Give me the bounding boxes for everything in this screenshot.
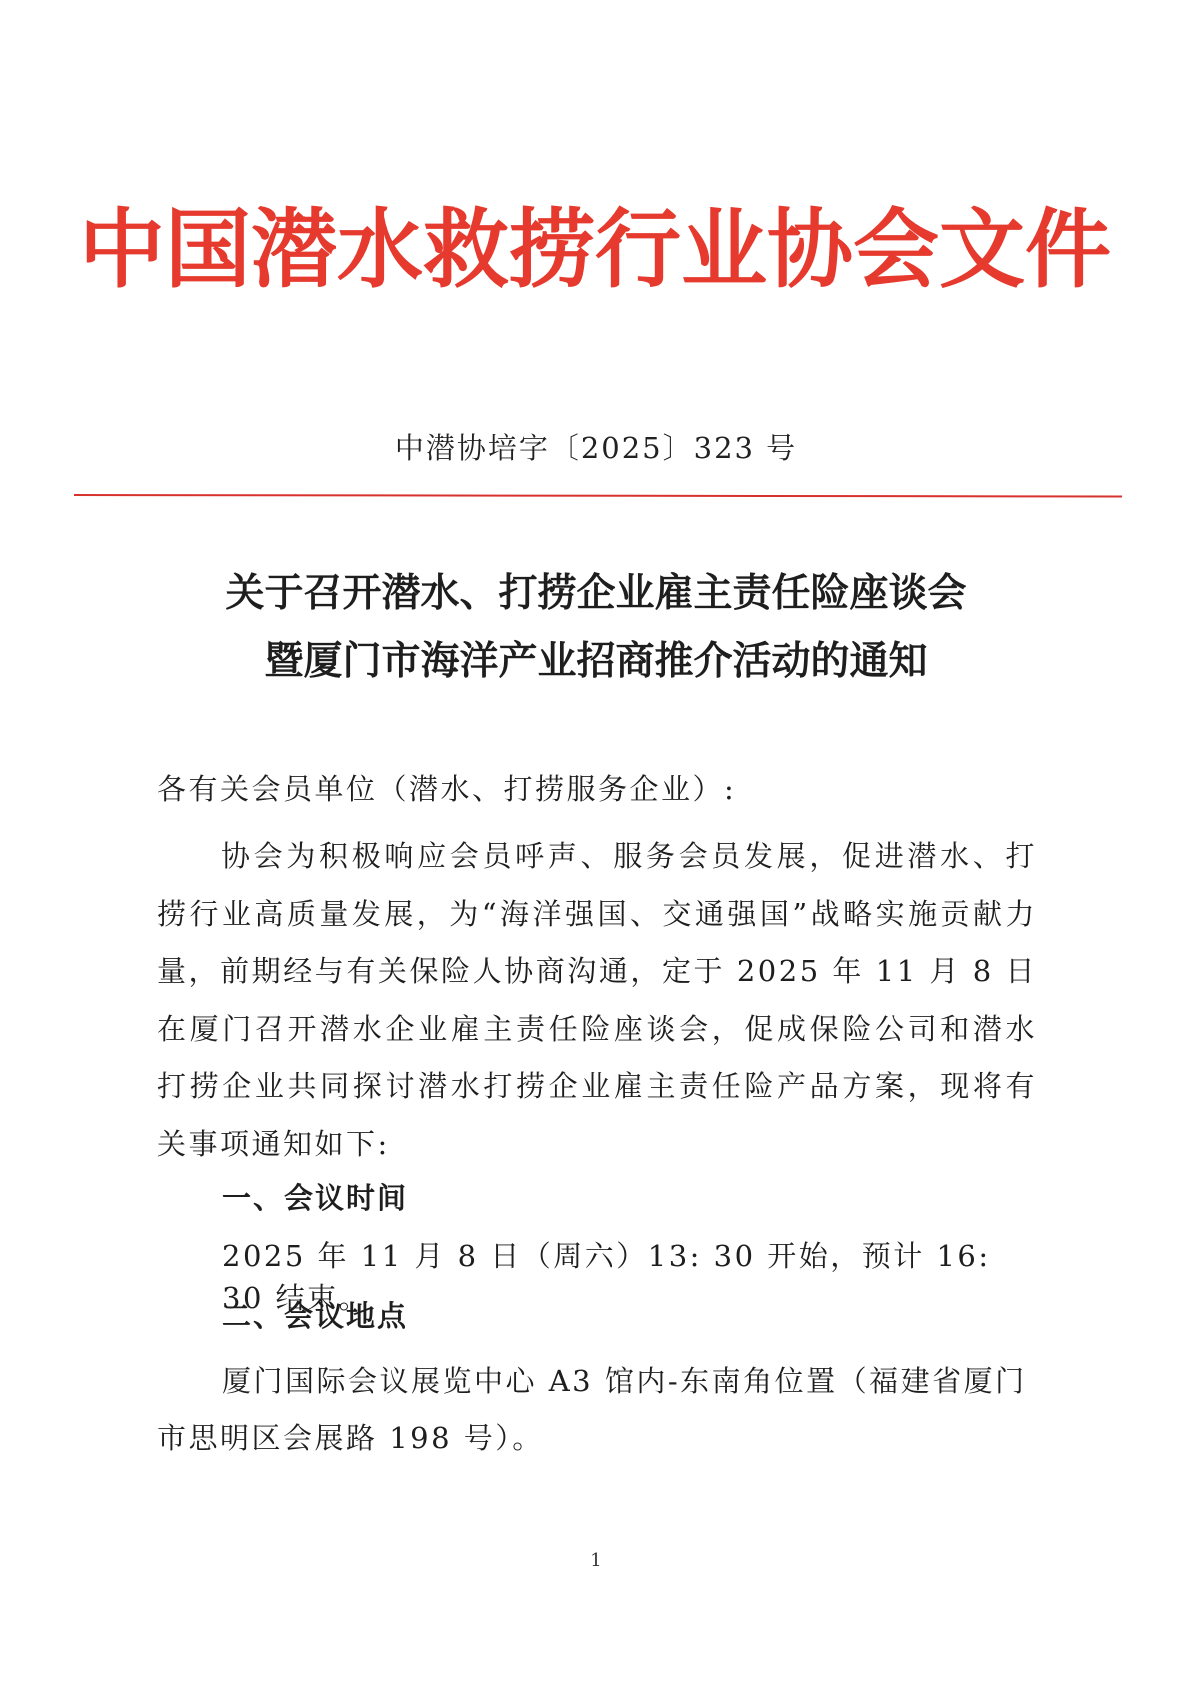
red-divider-line <box>74 494 1122 497</box>
notice-title-line-1: 关于召开潜水、打捞企业雇主责任险座谈会 <box>0 560 1192 628</box>
salutation: 各有关会员单位（潜水、打捞服务企业）: <box>157 768 1037 810</box>
meeting-location-text: 厦门国际会议展览中心 A3 馆内-东南角位置（福建省厦门市思明区会展路 198 … <box>157 1353 1037 1467</box>
intro-paragraph: 协会为积极响应会员呼声、服务会员发展，促进潜水、打捞行业高质量发展，为“海洋强国… <box>157 828 1037 1173</box>
notice-title-line-2: 暨厦门市海洋产业招商推介活动的通知 <box>0 628 1192 696</box>
notice-title: 关于召开潜水、打捞企业雇主责任险座谈会 暨厦门市海洋产业招商推介活动的通知 <box>0 560 1192 696</box>
masthead-title: 中国潜水救捞行业协会文件 <box>70 195 1120 305</box>
document-number: 中潜协培字〔2025〕323 号 <box>0 428 1192 468</box>
document-page: 中国潜水救捞行业协会文件 中潜协培字〔2025〕323 号 关于召开潜水、打捞企… <box>0 0 1192 1685</box>
section-heading-meeting-time: 一、会议时间 <box>222 1177 408 1219</box>
section-heading-meeting-location: 二、会议地点 <box>222 1295 408 1337</box>
page-number: 1 <box>0 1550 1192 1571</box>
